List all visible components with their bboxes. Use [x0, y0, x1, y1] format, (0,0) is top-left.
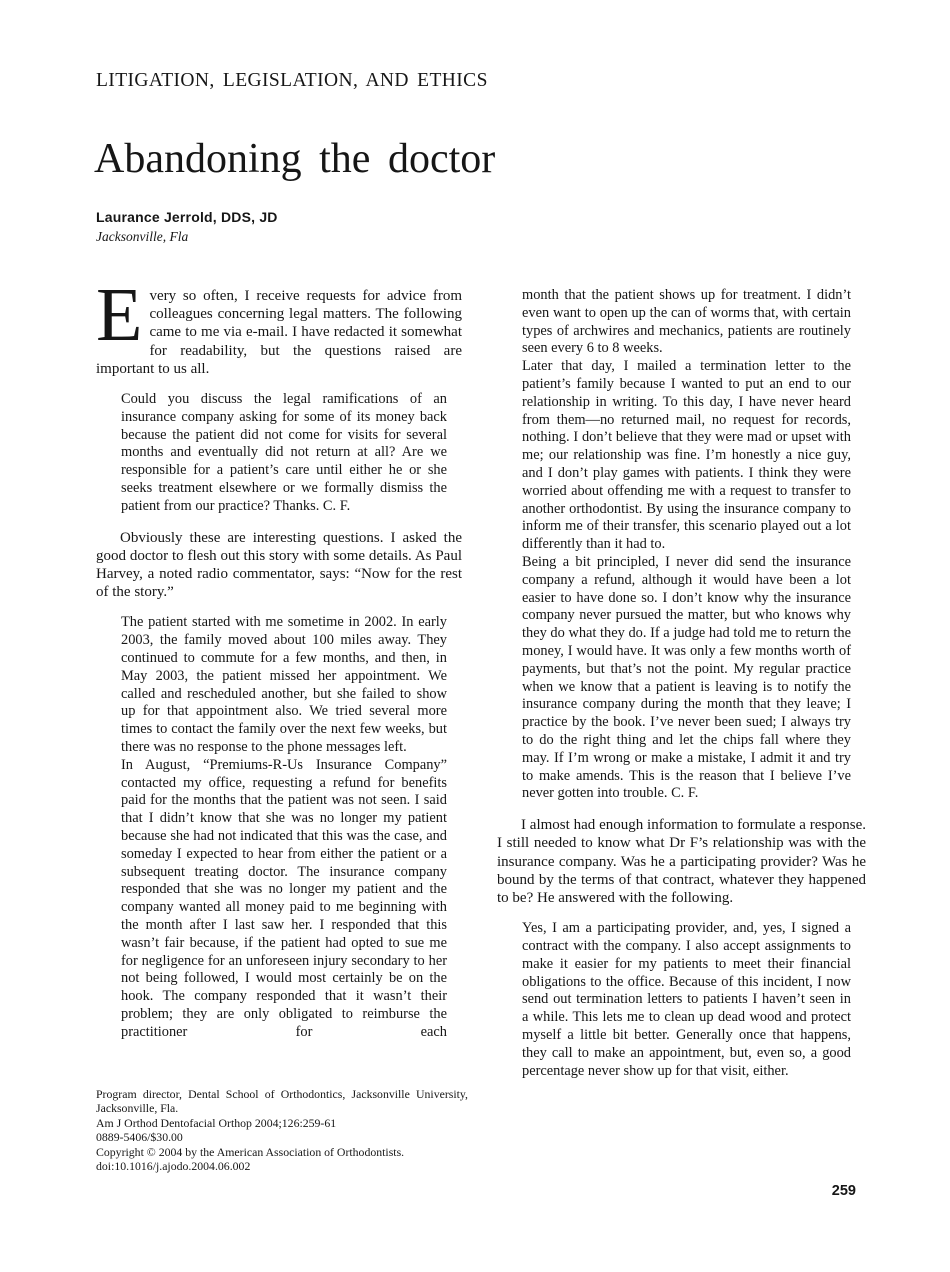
question-text: Could you discuss the legal ramification…	[121, 391, 447, 516]
reader-question-quote: Could you discuss the legal ramification…	[121, 391, 447, 516]
author-location: Jacksonville, Fla	[96, 229, 188, 245]
provider-answer-quote: Yes, I am a participating provider, and,…	[522, 920, 851, 1080]
footnote-issn-price: 0889-5406/$30.00	[96, 1130, 468, 1144]
left-column: Every so often, I receive requests for a…	[96, 287, 462, 1055]
page-number: 259	[832, 1183, 856, 1199]
drop-cap: E	[96, 288, 142, 342]
section-heading: LITIGATION, LEGISLATION, AND ETHICS	[96, 70, 488, 92]
footnote-block: Program director, Dental School of Ortho…	[96, 1087, 468, 1173]
story-paragraph-3: month that the patient shows up for trea…	[522, 287, 851, 358]
story-paragraph-4: Later that day, I mailed a termination l…	[522, 358, 851, 554]
footnote-doi: doi:10.1016/j.ajodo.2004.06.002	[96, 1159, 468, 1173]
intro-paragraph: Every so often, I receive requests for a…	[96, 287, 462, 378]
author-name: Laurance Jerrold, DDS, JD	[96, 209, 278, 225]
provider-answer-text: Yes, I am a participating provider, and,…	[522, 920, 851, 1080]
story-paragraph-5: Being a bit principled, I never did send…	[522, 554, 851, 803]
story-paragraph-2: In August, “Premiums-R-Us Insurance Comp…	[121, 757, 447, 1042]
footnote-affiliation: Program director, Dental School of Ortho…	[96, 1087, 468, 1116]
right-column: month that the patient shows up for trea…	[497, 287, 866, 1093]
footnote-citation: Am J Orthod Dentofacial Orthop 2004;126:…	[96, 1116, 468, 1130]
doctor-story-quote-continued: month that the patient shows up for trea…	[522, 287, 851, 803]
followup-paragraph: I almost had enough information to formu…	[497, 816, 866, 907]
doctor-story-quote: The patient started with me sometime in …	[121, 614, 447, 1041]
footnote-copyright: Copyright © 2004 by the American Associa…	[96, 1145, 468, 1159]
intro-text: very so often, I receive requests for ad…	[96, 288, 462, 377]
response-intro-paragraph: Obviously these are interesting question…	[96, 529, 462, 602]
journal-page: LITIGATION, LEGISLATION, AND ETHICS Aban…	[0, 0, 950, 1272]
article-title: Abandoning the doctor	[94, 137, 495, 181]
story-paragraph-1: The patient started with me sometime in …	[121, 614, 447, 756]
